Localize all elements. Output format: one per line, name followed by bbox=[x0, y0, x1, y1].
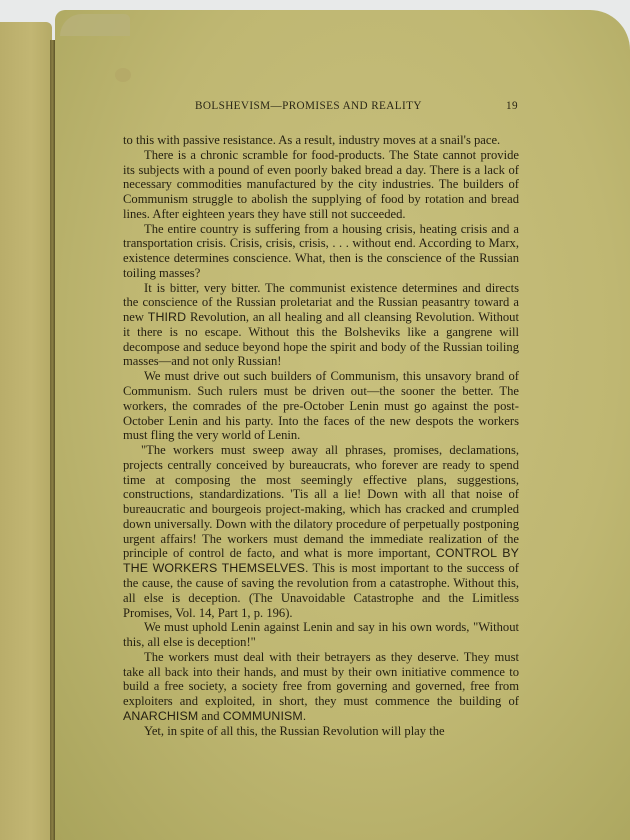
emphasis-anarchism: ANARCHISM bbox=[123, 709, 198, 723]
paragraph-1: to this with passive resistance. As a re… bbox=[123, 133, 519, 148]
paper-stain bbox=[115, 68, 131, 82]
emphasis-third: THIRD bbox=[148, 310, 186, 324]
book-spine-gutter bbox=[50, 40, 55, 840]
facing-left-page bbox=[0, 22, 52, 840]
body-text: to this with passive resistance. As a re… bbox=[123, 133, 519, 738]
paragraph-4: It is bitter, very bitter. The communist… bbox=[123, 281, 519, 370]
emphasis-communism: COMMUNISM. bbox=[223, 709, 307, 723]
paragraph-7: We must uphold Lenin against Lenin and s… bbox=[123, 620, 519, 650]
paragraph-6-lenin-quote: "The workers must sweep away all phrases… bbox=[123, 443, 519, 620]
paragraph-5: We must drive out such builders of Commu… bbox=[123, 369, 519, 443]
paragraph-3: The entire country is suffering from a h… bbox=[123, 222, 519, 281]
paragraph-8-text-a: The workers must deal with their betraye… bbox=[123, 650, 519, 708]
running-head-title: BOLSHEVISM—PROMISES AND REALITY bbox=[195, 100, 422, 112]
paragraph-8-text-mid: and bbox=[198, 709, 222, 723]
paragraph-2: There is a chronic scramble for food-pro… bbox=[123, 148, 519, 222]
torn-page-corner bbox=[60, 14, 130, 36]
page-number: 19 bbox=[506, 100, 518, 112]
quote-text-a: "The workers must sweep away all phrases… bbox=[123, 443, 519, 560]
paragraph-8: The workers must deal with their betraye… bbox=[123, 650, 519, 724]
running-header: BOLSHEVISM—PROMISES AND REALITY 19 bbox=[123, 100, 518, 116]
paragraph-9: Yet, in spite of all this, the Russian R… bbox=[123, 724, 519, 739]
